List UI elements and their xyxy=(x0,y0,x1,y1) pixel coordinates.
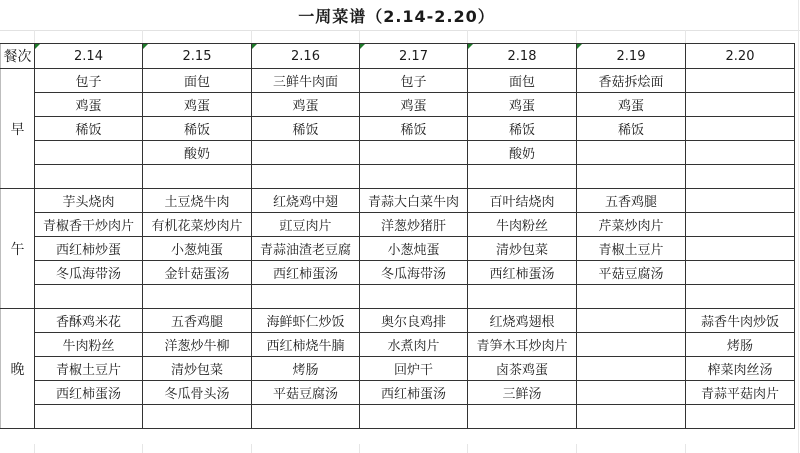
dish-cell[interactable] xyxy=(686,189,795,213)
dish-cell[interactable]: 小葱炖蛋 xyxy=(360,237,468,261)
dish-cell[interactable] xyxy=(686,261,795,285)
dish-cell[interactable] xyxy=(252,165,360,189)
dish-cell[interactable]: 西红柿蛋汤 xyxy=(360,381,468,405)
dish-cell[interactable]: 稀饭 xyxy=(360,117,468,141)
dish-cell[interactable] xyxy=(686,213,795,237)
table-row: 午芋头烧肉土豆烧牛肉红烧鸡中翅青蒜大白菜牛肉百叶结烧肉五香鸡腿 xyxy=(1,189,795,213)
dish-cell[interactable]: 清炒包菜 xyxy=(468,237,577,261)
dish-cell[interactable]: 鸡蛋 xyxy=(468,93,577,117)
dish-cell[interactable]: 芋头烧肉 xyxy=(35,189,143,213)
spreadsheet: 一周菜谱（2.14-2.20） 餐次 2.14 2.15 2.16 2.17 2… xyxy=(0,0,800,453)
dish-cell[interactable]: 西红柿蛋汤 xyxy=(468,261,577,285)
table-row xyxy=(1,165,795,189)
dish-cell[interactable] xyxy=(686,405,795,429)
meal-label-lunch[interactable]: 午 xyxy=(1,189,35,309)
dish-cell[interactable]: 豇豆肉片 xyxy=(252,213,360,237)
dish-cell[interactable] xyxy=(577,141,686,165)
dish-cell[interactable] xyxy=(468,165,577,189)
dish-cell[interactable]: 稀饭 xyxy=(252,117,360,141)
table-row: 冬瓜海带汤金针菇蛋汤西红柿蛋汤冬瓜海带汤西红柿蛋汤平菇豆腐汤 xyxy=(1,261,795,285)
dish-cell[interactable] xyxy=(143,165,252,189)
dish-cell[interactable]: 五香鸡腿 xyxy=(577,189,686,213)
dish-cell[interactable] xyxy=(577,165,686,189)
dish-cell[interactable]: 稀饭 xyxy=(577,117,686,141)
dish-cell[interactable] xyxy=(577,381,686,405)
dish-cell[interactable]: 五香鸡腿 xyxy=(143,309,252,333)
dish-cell[interactable] xyxy=(686,285,795,309)
weekly-menu-table: 餐次 2.14 2.15 2.16 2.17 2.18 2.19 2.20 早包… xyxy=(0,43,795,429)
dish-cell[interactable]: 包子 xyxy=(35,69,143,93)
dish-cell[interactable] xyxy=(686,93,795,117)
dish-cell[interactable]: 西红柿蛋汤 xyxy=(35,381,143,405)
dish-cell[interactable] xyxy=(360,285,468,309)
dish-cell[interactable]: 三鲜牛肉面 xyxy=(252,69,360,93)
dish-cell[interactable]: 蒜香牛肉炒饭 xyxy=(686,309,795,333)
dish-cell[interactable]: 酸奶 xyxy=(468,141,577,165)
gridline xyxy=(467,444,468,453)
table-row xyxy=(1,405,795,429)
date-header-2-14[interactable]: 2.14 xyxy=(35,44,143,69)
dish-cell[interactable] xyxy=(252,405,360,429)
dish-cell[interactable] xyxy=(35,165,143,189)
table-row: 青椒土豆片清炒包菜烤肠回炉干卤茶鸡蛋榨菜肉丝汤 xyxy=(1,357,795,381)
dish-cell[interactable]: 红烧鸡翅根 xyxy=(468,309,577,333)
dish-cell[interactable]: 西红柿烧牛腩 xyxy=(252,333,360,357)
dish-cell[interactable]: 稀饭 xyxy=(143,117,252,141)
dish-cell[interactable]: 小葱炖蛋 xyxy=(143,237,252,261)
dish-cell[interactable]: 鸡蛋 xyxy=(577,93,686,117)
gridline xyxy=(798,0,799,453)
dish-cell[interactable] xyxy=(468,405,577,429)
dish-cell[interactable] xyxy=(686,165,795,189)
dish-cell[interactable] xyxy=(143,285,252,309)
table-row: 酸奶酸奶 xyxy=(1,141,795,165)
dish-cell[interactable]: 奥尔良鸡排 xyxy=(360,309,468,333)
dish-cell[interactable] xyxy=(35,405,143,429)
dish-cell[interactable] xyxy=(686,69,795,93)
dish-cell[interactable] xyxy=(35,285,143,309)
dish-cell[interactable] xyxy=(577,333,686,357)
dish-cell[interactable]: 鸡蛋 xyxy=(252,93,360,117)
title-row: 一周菜谱（2.14-2.20） xyxy=(0,0,800,31)
dish-cell[interactable]: 面包 xyxy=(468,69,577,93)
dish-cell[interactable]: 牛肉粉丝 xyxy=(468,213,577,237)
dish-cell[interactable]: 青蒜平菇肉片 xyxy=(686,381,795,405)
gridline xyxy=(359,30,360,43)
dish-cell[interactable]: 青椒土豆片 xyxy=(35,357,143,381)
dish-cell[interactable]: 烤肠 xyxy=(686,333,795,357)
dish-cell[interactable] xyxy=(686,237,795,261)
dish-cell[interactable]: 洋葱炒猪肝 xyxy=(360,213,468,237)
dish-cell[interactable]: 平菇豆腐汤 xyxy=(577,261,686,285)
dish-cell[interactable] xyxy=(577,285,686,309)
dish-cell[interactable] xyxy=(360,165,468,189)
dish-cell[interactable]: 三鲜汤 xyxy=(468,381,577,405)
dish-cell[interactable]: 青笋木耳炒肉片 xyxy=(468,333,577,357)
table-row: 青椒香干炒肉片有机花菜炒肉片豇豆肉片洋葱炒猪肝牛肉粉丝芹菜炒肉片 xyxy=(1,213,795,237)
header-row: 餐次 2.14 2.15 2.16 2.17 2.18 2.19 2.20 xyxy=(1,44,795,69)
dish-cell[interactable]: 青椒土豆片 xyxy=(577,237,686,261)
gridline xyxy=(685,444,686,453)
dish-cell[interactable]: 芹菜炒肉片 xyxy=(577,213,686,237)
dish-cell[interactable]: 西红柿炒蛋 xyxy=(35,237,143,261)
dish-cell[interactable] xyxy=(686,117,795,141)
date-header-2-19[interactable]: 2.19 xyxy=(577,44,686,69)
dish-cell[interactable]: 榨菜肉丝汤 xyxy=(686,357,795,381)
dish-cell[interactable]: 西红柿蛋汤 xyxy=(252,261,360,285)
meal-column-header[interactable]: 餐次 xyxy=(1,44,35,69)
dish-cell[interactable]: 百叶结烧肉 xyxy=(468,189,577,213)
spacer-row xyxy=(0,30,800,43)
dish-cell[interactable] xyxy=(686,141,795,165)
dish-cell[interactable]: 青蒜油渣老豆腐 xyxy=(252,237,360,261)
date-header-2-16[interactable]: 2.16 xyxy=(252,44,360,69)
dish-cell[interactable] xyxy=(252,141,360,165)
dish-cell[interactable]: 冬瓜骨头汤 xyxy=(143,381,252,405)
dish-cell[interactable]: 冬瓜海带汤 xyxy=(360,261,468,285)
table-row: 早包子面包三鲜牛肉面包子面包香菇拆烩面 xyxy=(1,69,795,93)
table-row: 鸡蛋鸡蛋鸡蛋鸡蛋鸡蛋鸡蛋 xyxy=(1,93,795,117)
dish-cell[interactable]: 烤肠 xyxy=(252,357,360,381)
dish-cell[interactable]: 牛肉粉丝 xyxy=(35,333,143,357)
meal-label-breakfast[interactable]: 早 xyxy=(1,69,35,189)
dish-cell[interactable]: 酸奶 xyxy=(143,141,252,165)
dish-cell[interactable]: 香菇拆烩面 xyxy=(577,69,686,93)
table-row: 西红柿炒蛋小葱炖蛋青蒜油渣老豆腐小葱炖蛋清炒包菜青椒土豆片 xyxy=(1,237,795,261)
dish-cell[interactable]: 洋葱炒牛柳 xyxy=(143,333,252,357)
dish-cell[interactable]: 平菇豆腐汤 xyxy=(252,381,360,405)
gridline xyxy=(251,444,252,453)
dish-cell[interactable]: 回炉干 xyxy=(360,357,468,381)
dish-cell[interactable]: 海鲜虾仁炒饭 xyxy=(252,309,360,333)
gridline xyxy=(576,444,577,453)
dish-cell[interactable] xyxy=(360,405,468,429)
dish-cell[interactable] xyxy=(577,357,686,381)
date-header-2-20[interactable]: 2.20 xyxy=(686,44,795,69)
table-row: 稀饭稀饭稀饭稀饭稀饭稀饭 xyxy=(1,117,795,141)
table-row: 晚香酥鸡米花五香鸡腿海鲜虾仁炒饭奥尔良鸡排红烧鸡翅根蒜香牛肉炒饭 xyxy=(1,309,795,333)
dish-cell[interactable]: 青椒香干炒肉片 xyxy=(35,213,143,237)
dish-cell[interactable] xyxy=(35,141,143,165)
dish-cell[interactable]: 有机花菜炒肉片 xyxy=(143,213,252,237)
dish-cell[interactable] xyxy=(360,141,468,165)
dish-cell[interactable] xyxy=(143,405,252,429)
dish-cell[interactable]: 面包 xyxy=(143,69,252,93)
table-row: 牛肉粉丝洋葱炒牛柳西红柿烧牛腩水煮肉片青笋木耳炒肉片烤肠 xyxy=(1,333,795,357)
gridline xyxy=(142,30,143,43)
dish-cell[interactable] xyxy=(577,405,686,429)
gridline xyxy=(251,30,252,43)
gridline xyxy=(34,30,35,43)
dish-cell[interactable]: 青蒜大白菜牛肉 xyxy=(360,189,468,213)
table-row xyxy=(1,285,795,309)
dish-cell[interactable] xyxy=(252,285,360,309)
date-header-2-15[interactable]: 2.15 xyxy=(143,44,252,69)
dish-cell[interactable]: 土豆烧牛肉 xyxy=(143,189,252,213)
gridline xyxy=(34,444,35,453)
dish-cell[interactable] xyxy=(468,285,577,309)
dish-cell[interactable]: 水煮肉片 xyxy=(360,333,468,357)
dish-cell[interactable] xyxy=(577,309,686,333)
table-row: 西红柿蛋汤冬瓜骨头汤平菇豆腐汤西红柿蛋汤三鲜汤青蒜平菇肉片 xyxy=(1,381,795,405)
menu-title[interactable]: 一周菜谱（2.14-2.20） xyxy=(0,4,793,27)
gridline xyxy=(467,30,468,43)
date-header-2-17[interactable]: 2.17 xyxy=(360,44,468,69)
gridline xyxy=(359,444,360,453)
dish-cell[interactable]: 鸡蛋 xyxy=(35,93,143,117)
dish-cell[interactable]: 香酥鸡米花 xyxy=(35,309,143,333)
dish-cell[interactable]: 鸡蛋 xyxy=(143,93,252,117)
dish-cell[interactable]: 稀饭 xyxy=(35,117,143,141)
dish-cell[interactable]: 清炒包菜 xyxy=(143,357,252,381)
dish-cell[interactable]: 鸡蛋 xyxy=(360,93,468,117)
meal-label-dinner[interactable]: 晚 xyxy=(1,309,35,429)
gridline xyxy=(576,30,577,43)
dish-cell[interactable]: 红烧鸡中翅 xyxy=(252,189,360,213)
dish-cell[interactable]: 冬瓜海带汤 xyxy=(35,261,143,285)
dish-cell[interactable]: 金针菇蛋汤 xyxy=(143,261,252,285)
date-header-2-18[interactable]: 2.18 xyxy=(468,44,577,69)
gridline xyxy=(142,444,143,453)
dish-cell[interactable]: 卤茶鸡蛋 xyxy=(468,357,577,381)
dish-cell[interactable]: 包子 xyxy=(360,69,468,93)
spacer-row-bottom xyxy=(0,444,800,453)
dish-cell[interactable]: 稀饭 xyxy=(468,117,577,141)
gridline xyxy=(685,30,686,43)
